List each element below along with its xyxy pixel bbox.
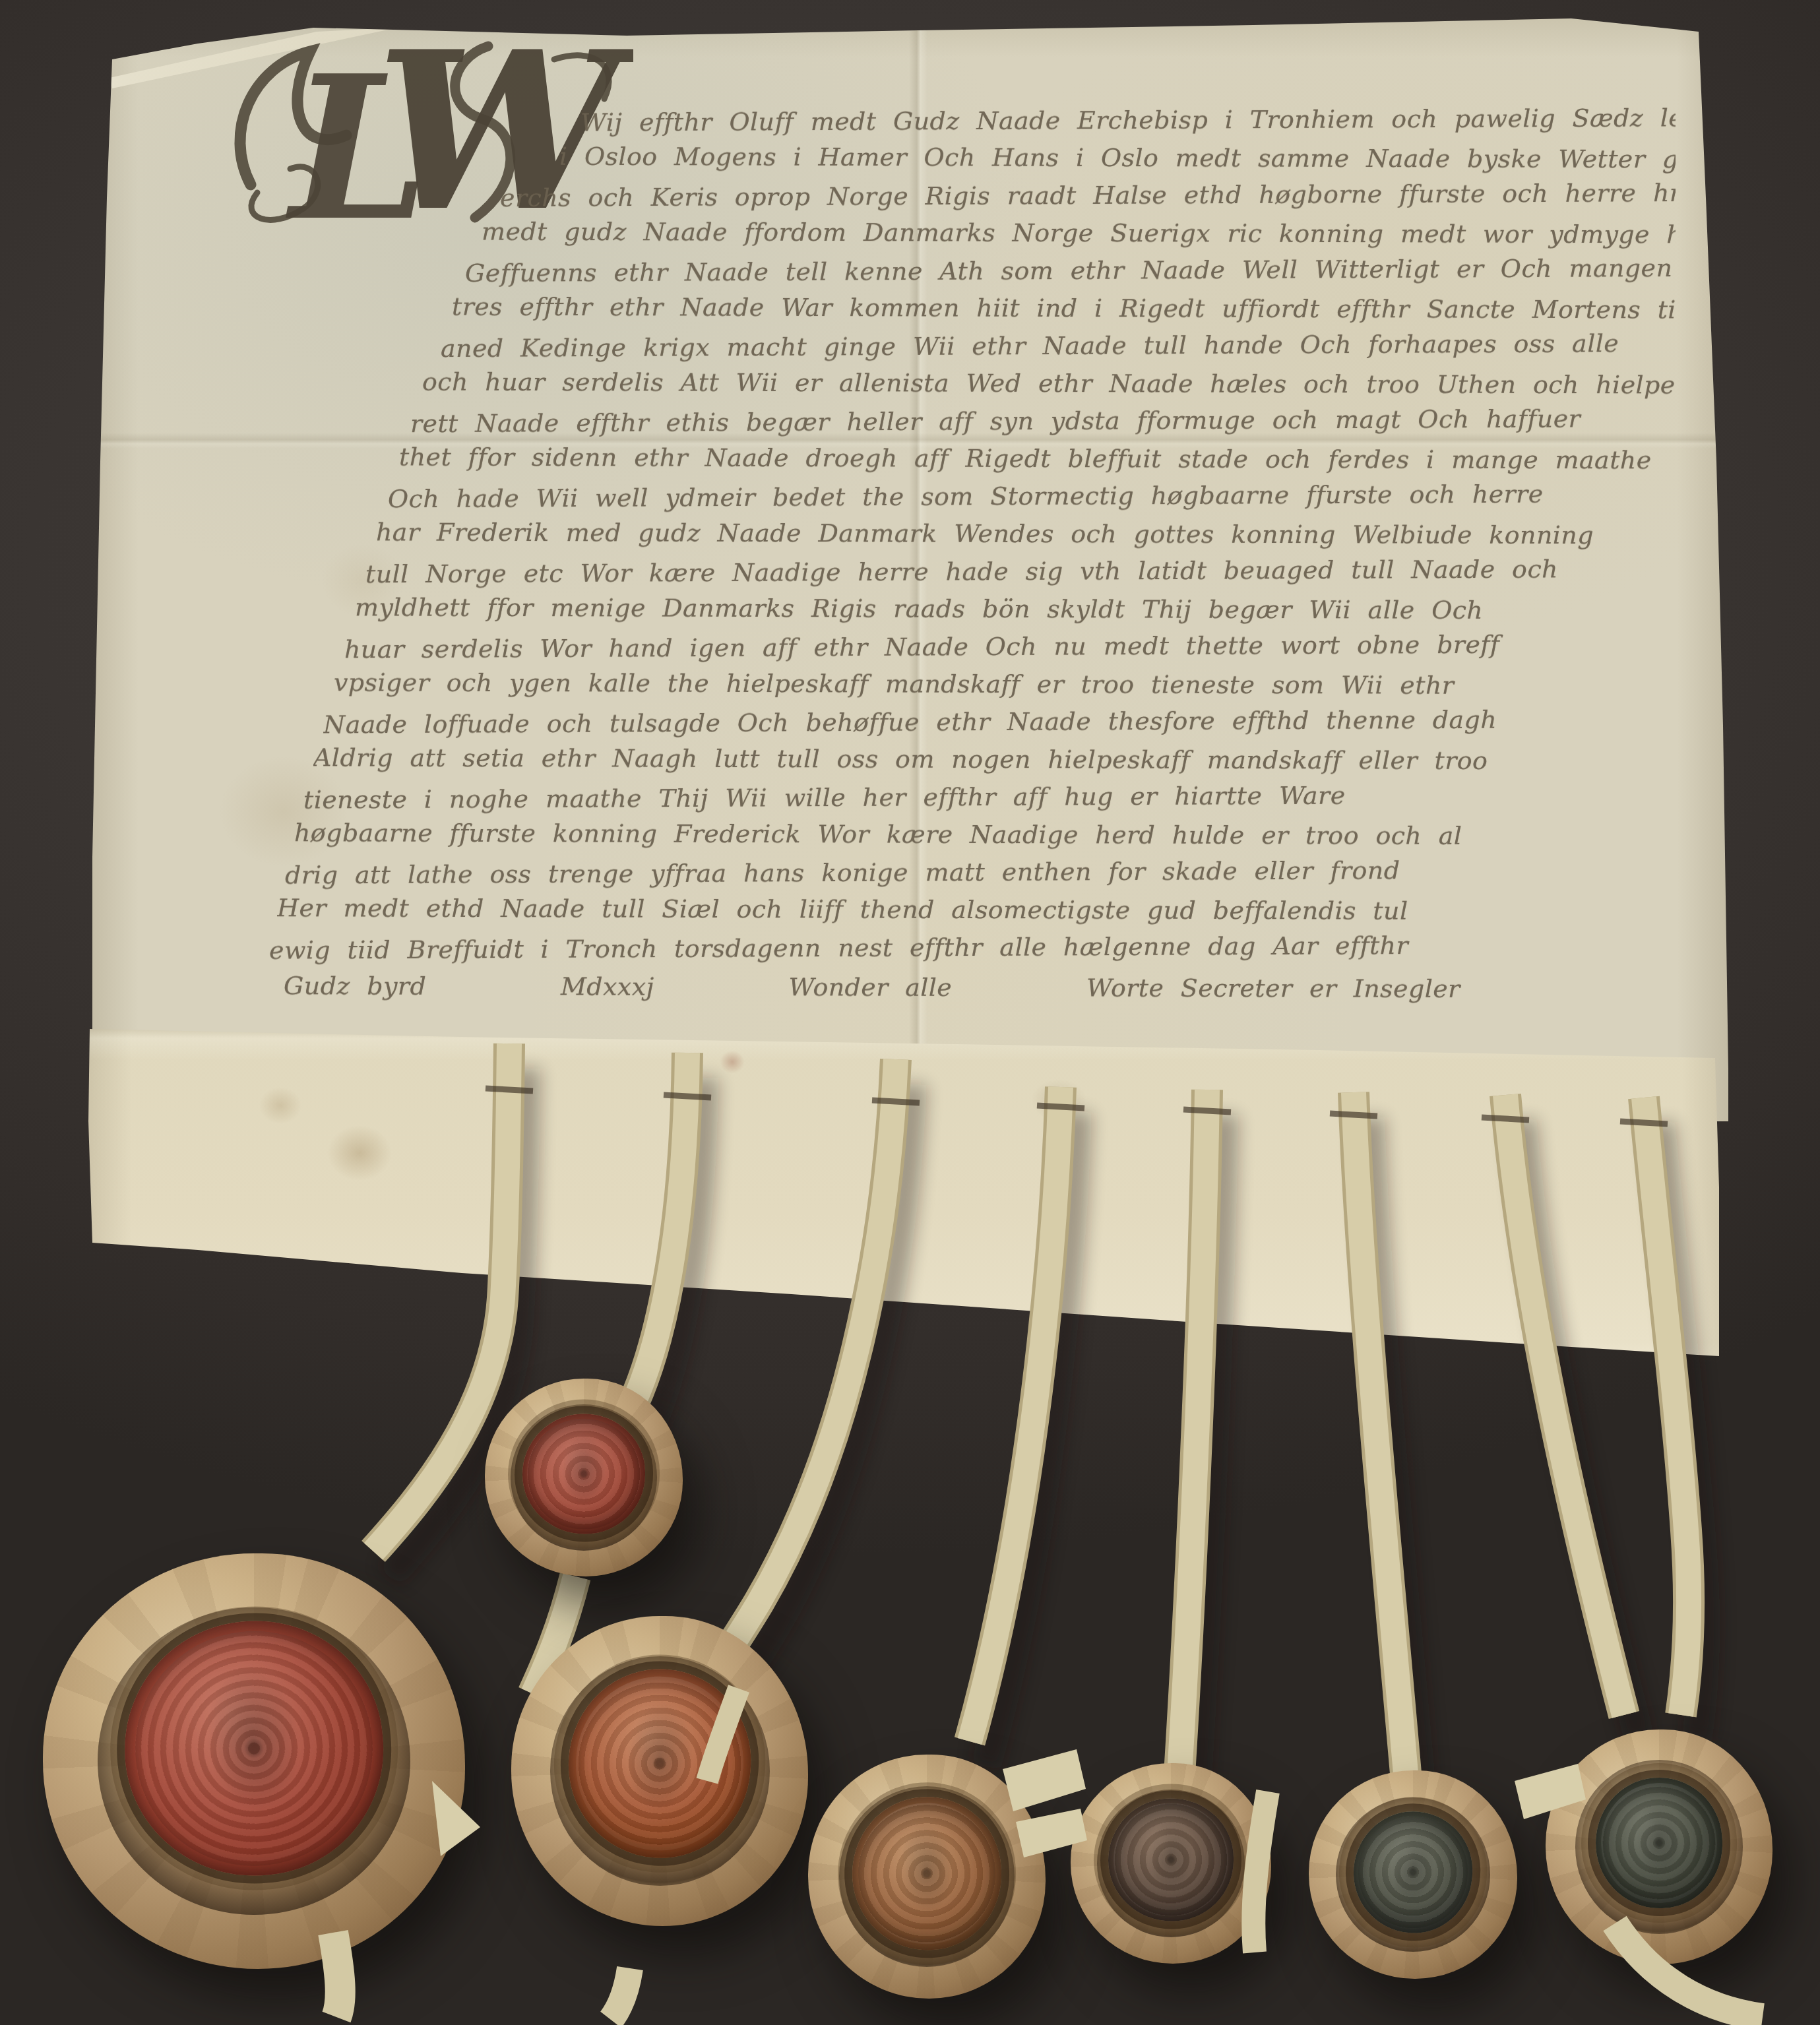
loose-tag-ends [333, 1689, 1763, 2020]
photograph-charter-with-seals: L W Wij effthr Oluff medt Gudz Naade Erc… [0, 0, 1820, 2025]
loose-tag-ends-layer [0, 0, 1820, 2025]
loose-tag-tabs [432, 1749, 1586, 1857]
